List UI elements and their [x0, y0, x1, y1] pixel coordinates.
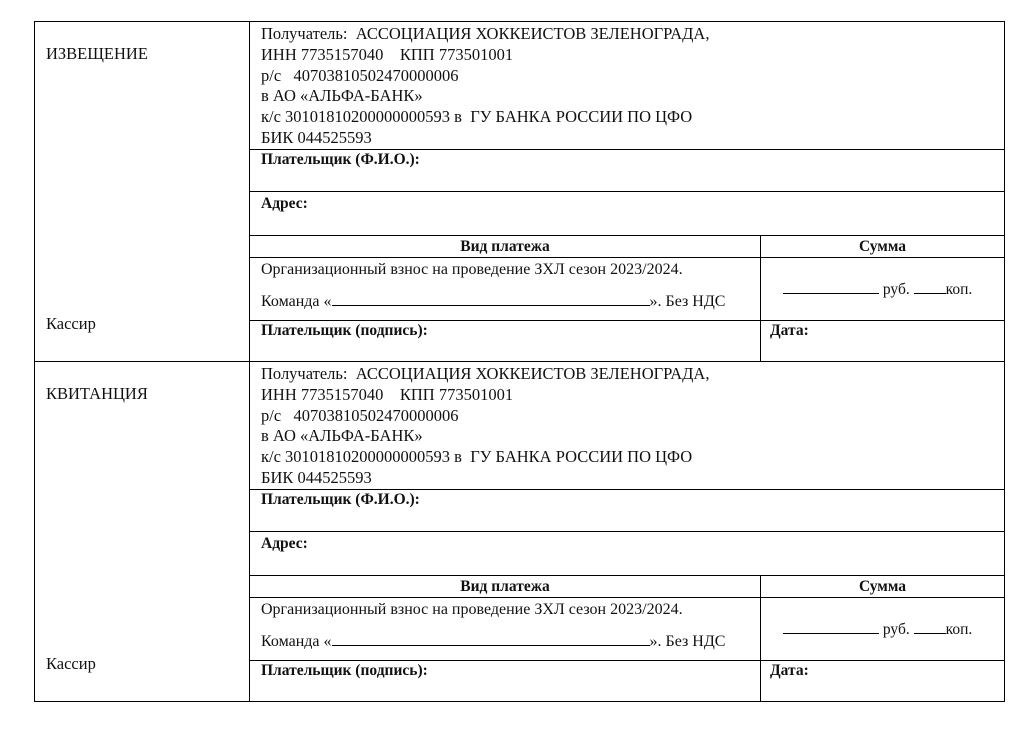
notice-section: ИЗВЕЩЕНИЕ Кассир Получатель: АССОЦИАЦИЯ … — [34, 21, 1005, 361]
payer-name-field[interactable]: Плательщик (Ф.И.О.): — [250, 149, 1004, 191]
team-suffix: ». Без НДС — [650, 293, 726, 310]
payment-description: Организационный взнос на проведение ЗХЛ … — [261, 260, 760, 280]
date-field[interactable]: Дата: — [760, 321, 1004, 362]
recipient-account: р/с 40703810502470000006 — [261, 406, 1004, 427]
recipient-block: Получатель: АССОЦИАЦИЯ ХОККЕИСТОВ ЗЕЛЕНО… — [250, 362, 1004, 489]
kop-label: коп. — [946, 621, 973, 638]
payment-form: ИЗВЕЩЕНИЕ Кассир Получатель: АССОЦИАЦИЯ … — [34, 21, 1005, 702]
recipient-name: Получатель: АССОЦИАЦИЯ ХОККЕИСТОВ ЗЕЛЕНО… — [261, 364, 1004, 385]
payment-row: Организационный взнос на проведение ЗХЛ … — [250, 597, 1004, 660]
payment-description: Организационный взнос на проведение ЗХЛ … — [261, 600, 760, 620]
address-label: Адрес: — [261, 195, 308, 212]
section-title: КВИТАНЦИЯ — [46, 384, 148, 404]
recipient-account: р/с 40703810502470000006 — [261, 66, 1004, 87]
payer-signature-field[interactable]: Плательщик (подпись): — [250, 321, 760, 362]
sum-cell: руб. коп. — [760, 258, 1004, 320]
payer-name-label: Плательщик (Ф.И.О.): — [261, 151, 420, 168]
payer-signature-label: Плательщик (подпись): — [261, 322, 428, 339]
rub-label: руб. — [879, 281, 914, 298]
address-label: Адрес: — [261, 535, 308, 552]
payment-description-cell: Организационный взнос на проведение ЗХЛ … — [250, 598, 760, 660]
notice-details: Получатель: АССОЦИАЦИЯ ХОККЕИСТОВ ЗЕЛЕНО… — [250, 22, 1004, 361]
signature-row: Плательщик (подпись): Дата: — [250, 660, 1004, 702]
sum-header: Сумма — [760, 576, 1004, 597]
kop-label: коп. — [946, 281, 973, 298]
recipient-bank: в АО «АЛЬФА-БАНК» — [261, 86, 1004, 107]
team-name-field[interactable] — [332, 291, 650, 306]
payer-name-label: Плательщик (Ф.И.О.): — [261, 491, 420, 508]
rub-field[interactable] — [783, 619, 879, 634]
sum-header: Сумма — [760, 236, 1004, 257]
date-field[interactable]: Дата: — [760, 661, 1004, 702]
kop-field[interactable] — [914, 619, 946, 634]
receipt-details: Получатель: АССОЦИАЦИЯ ХОККЕИСТОВ ЗЕЛЕНО… — [250, 362, 1004, 701]
payer-signature-label: Плательщик (подпись): — [261, 662, 428, 679]
payment-type-header: Вид платежа — [250, 576, 760, 597]
recipient-corr-account: к/с 30101810200000000593 в ГУ БАНКА РОСС… — [261, 447, 1004, 468]
sum-cell: руб. коп. — [760, 598, 1004, 660]
address-field[interactable]: Адрес: — [250, 531, 1004, 575]
notice-left-column: ИЗВЕЩЕНИЕ Кассир — [35, 22, 250, 361]
receipt-section: КВИТАНЦИЯ Кассир Получатель: АССОЦИАЦИЯ … — [34, 361, 1005, 702]
table-header-row: Вид платежа Сумма — [250, 575, 1004, 597]
payment-description-cell: Организационный взнос на проведение ЗХЛ … — [250, 258, 760, 320]
receipt-left-column: КВИТАНЦИЯ Кассир — [35, 362, 250, 701]
recipient-corr-account: к/с 30101810200000000593 в ГУ БАНКА РОСС… — [261, 107, 1004, 128]
team-name-field[interactable] — [332, 631, 650, 646]
table-header-row: Вид платежа Сумма — [250, 235, 1004, 257]
address-field[interactable]: Адрес: — [250, 191, 1004, 235]
section-title: ИЗВЕЩЕНИЕ — [46, 44, 148, 64]
sum-line: руб. коп. — [783, 619, 972, 639]
team-prefix: Команда « — [261, 633, 332, 650]
recipient-bik: БИК 044525593 — [261, 128, 1004, 149]
recipient-inn-kpp: ИНН 7735157040 КПП 773501001 — [261, 45, 1004, 66]
team-suffix: ». Без НДС — [650, 633, 726, 650]
team-prefix: Команда « — [261, 293, 332, 310]
cashier-label: Кассир — [46, 654, 96, 674]
cashier-label: Кассир — [46, 314, 96, 334]
payment-type-header: Вид платежа — [250, 236, 760, 257]
recipient-bank: в АО «АЛЬФА-БАНК» — [261, 426, 1004, 447]
rub-field[interactable] — [783, 279, 879, 294]
recipient-inn-kpp: ИНН 7735157040 КПП 773501001 — [261, 385, 1004, 406]
recipient-name: Получатель: АССОЦИАЦИЯ ХОККЕИСТОВ ЗЕЛЕНО… — [261, 24, 1004, 45]
recipient-block: Получатель: АССОЦИАЦИЯ ХОККЕИСТОВ ЗЕЛЕНО… — [250, 22, 1004, 149]
payer-name-field[interactable]: Плательщик (Ф.И.О.): — [250, 489, 1004, 531]
payment-row: Организационный взнос на проведение ЗХЛ … — [250, 257, 1004, 320]
date-label: Дата: — [770, 322, 809, 339]
date-label: Дата: — [770, 662, 809, 679]
payer-signature-field[interactable]: Плательщик (подпись): — [250, 661, 760, 702]
signature-row: Плательщик (подпись): Дата: — [250, 320, 1004, 362]
team-line: Команда «». Без НДС — [261, 631, 760, 652]
recipient-bik: БИК 044525593 — [261, 468, 1004, 489]
sum-line: руб. коп. — [783, 279, 972, 299]
team-line: Команда «». Без НДС — [261, 291, 760, 312]
kop-field[interactable] — [914, 279, 946, 294]
rub-label: руб. — [879, 621, 914, 638]
